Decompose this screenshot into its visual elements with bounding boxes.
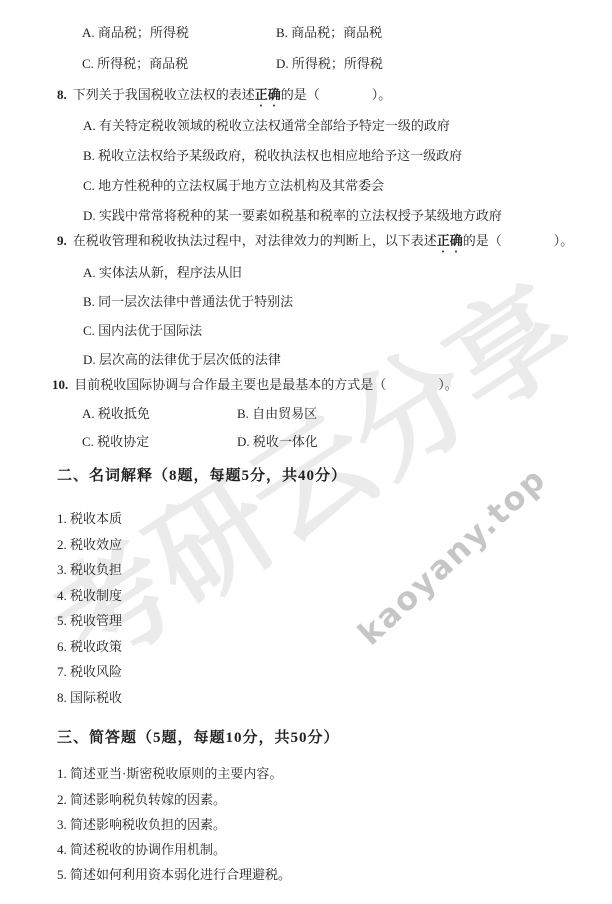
short-answer-item-5: 5. 简述如何利用资本弱化进行合理避税。 <box>0 864 612 883</box>
term-item-2: 2. 税收效应 <box>0 534 612 553</box>
question-9-text: 在税收管理和税收执法过程中，对法律效力的判断上，以下表述 <box>73 233 437 248</box>
section-2-heading: 二、名词解释（8题，每题5分，共40分） <box>0 464 612 485</box>
term-item-6: 6. 税收政策 <box>0 636 612 655</box>
option-9b: B. 同一层次法律中普通法优于特别法 <box>0 291 612 310</box>
option-7d: D. 所得税；所得税 <box>276 56 383 71</box>
option-8c: C. 地方性税种的立法权属于地方立法机构及其常委会 <box>0 175 612 194</box>
question-8-emphasis: 正确 <box>255 87 281 102</box>
question-9-number: 9. <box>57 233 67 248</box>
question-10-number: 10. <box>52 377 68 392</box>
option-8a: A. 有关特定税收领域的税收立法权通常全部给予特定一级的政府 <box>0 115 612 134</box>
question-8-number: 8. <box>57 87 67 102</box>
question-10-options-row-2: C. 税收协定D. 税收一体化 <box>0 431 612 450</box>
option-9c: C. 国内法优于国际法 <box>0 320 612 339</box>
option-7a: A. 商品税；所得税 <box>82 22 276 41</box>
question-9-text-suffix: 的是（ ）。 <box>463 233 574 248</box>
option-10b: B. 自由贸易区 <box>237 406 317 421</box>
option-10d: D. 税收一体化 <box>237 434 318 449</box>
option-9a: A. 实体法从新，程序法从旧 <box>0 262 612 281</box>
question-7-options-row-2: C. 所得税；商品税D. 所得税；所得税 <box>0 53 612 72</box>
short-answer-item-2: 2. 简述影响税负转嫁的因素。 <box>0 789 612 808</box>
question-8: 8.下列关于我国税收立法权的表述正确的是（ ）。 <box>0 84 612 110</box>
short-answer-item-1: 1. 简述亚当·斯密税收原则的主要内容。 <box>0 763 612 782</box>
short-answer-item-4: 4. 简述税收的协调作用机制。 <box>0 839 612 858</box>
question-8-text: 下列关于我国税收立法权的表述 <box>73 87 255 102</box>
short-answer-item-3: 3. 简述影响税收负担的因素。 <box>0 814 612 833</box>
option-10a: A. 税收抵免 <box>82 403 237 422</box>
option-8b: B. 税收立法权给予某级政府，税收执法权也相应地给予这一级政府 <box>0 145 612 164</box>
term-item-5: 5. 税收管理 <box>0 610 612 629</box>
term-item-4: 4. 税收制度 <box>0 585 612 604</box>
term-item-3: 3. 税收负担 <box>0 559 612 578</box>
question-10: 10.目前税收国际协调与合作最主要也是最基本的方式是（ ）。 <box>0 374 612 393</box>
term-item-8: 8. 国际税收 <box>0 687 612 706</box>
term-item-1: 1. 税收本质 <box>0 508 612 527</box>
option-7b: B. 商品税；商品税 <box>276 25 382 40</box>
question-10-options-row-1: A. 税收抵免B. 自由贸易区 <box>0 403 612 422</box>
option-8d: D. 实践中常常将税种的某一要素如税基和税率的立法权授予某级地方政府 <box>0 205 612 224</box>
option-10c: C. 税收协定 <box>82 431 237 450</box>
question-7-options-row-1: A. 商品税；所得税B. 商品税；商品税 <box>0 22 612 41</box>
option-9d: D. 层次高的法律优于层次低的法律 <box>0 349 612 368</box>
question-9: 9.在税收管理和税收执法过程中，对法律效力的判断上，以下表述正确的是（ ）。 <box>0 230 612 256</box>
option-7c: C. 所得税；商品税 <box>82 53 276 72</box>
question-8-text-suffix: 的是（ ）。 <box>281 87 392 102</box>
question-9-emphasis: 正确 <box>437 233 463 248</box>
question-10-text: 目前税收国际协调与合作最主要也是最基本的方式是（ ）。 <box>74 377 458 392</box>
term-item-7: 7. 税收风险 <box>0 661 612 680</box>
section-3-heading: 三、简答题（5题，每题10分，共50分） <box>0 726 612 747</box>
exam-document-page: 考研云分享 kaoyany.top A. 商品税；所得税B. 商品税；商品税 C… <box>0 0 612 904</box>
